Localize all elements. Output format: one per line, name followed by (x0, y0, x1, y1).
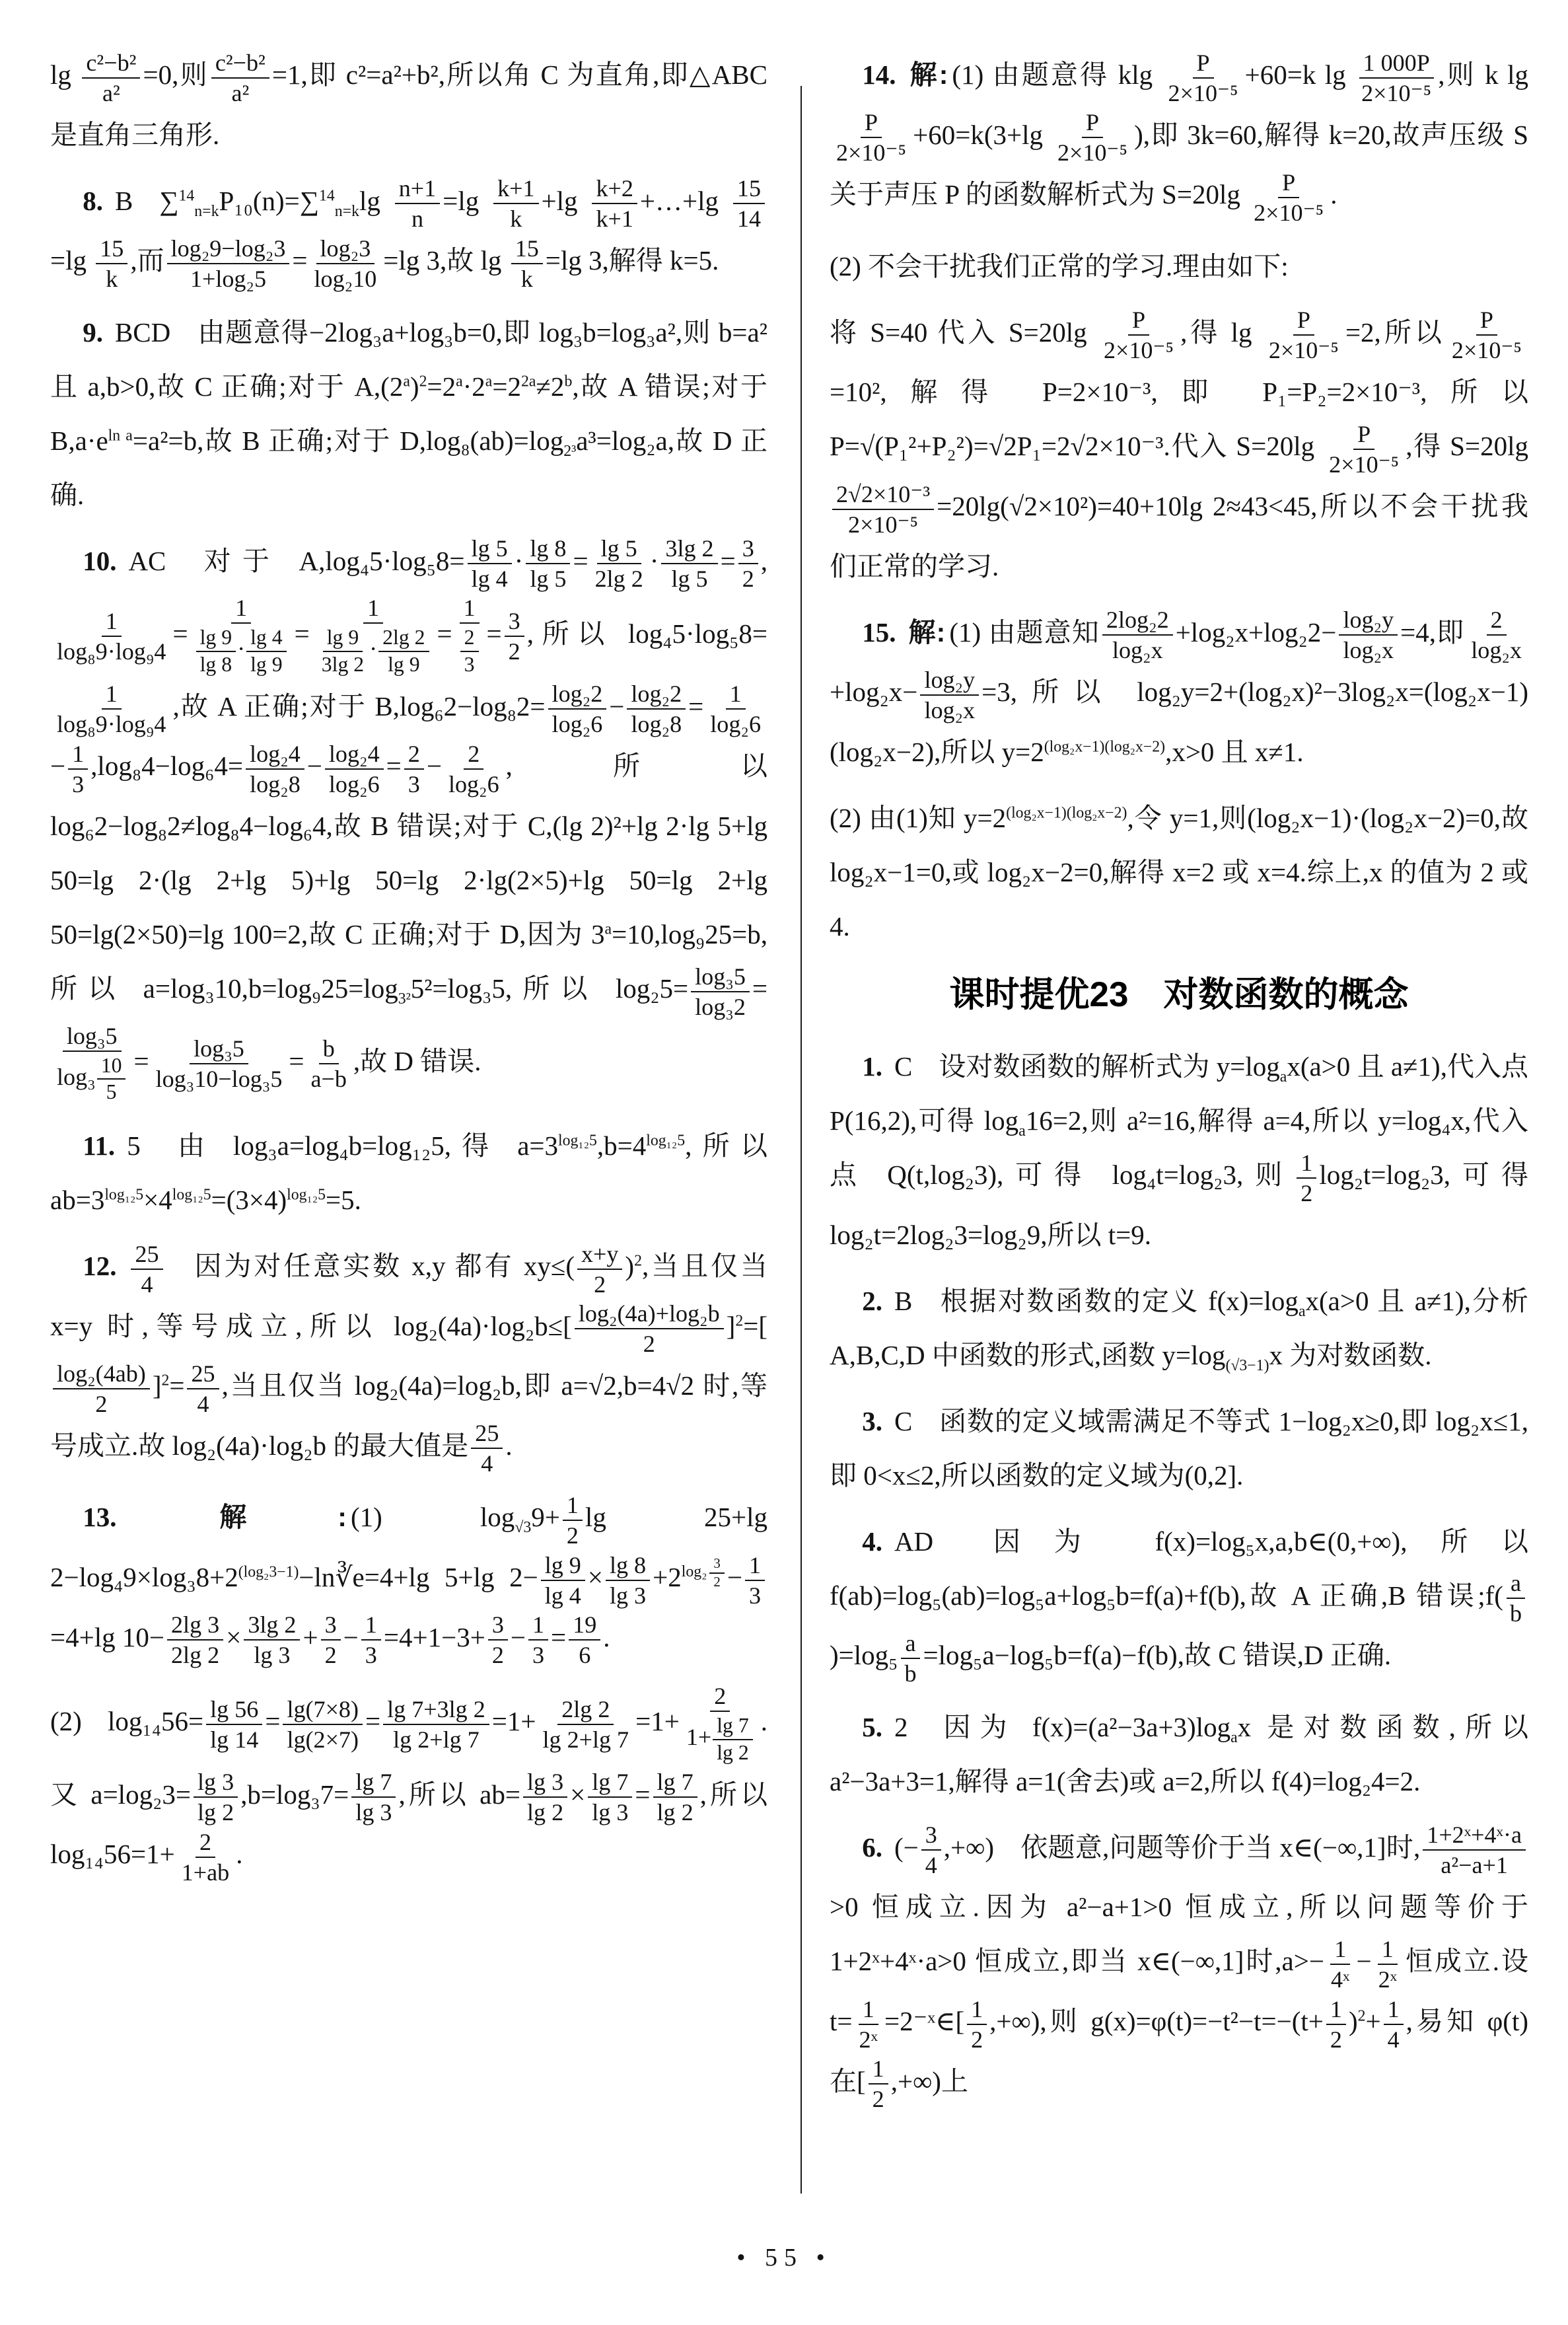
item-answer: 2 (894, 1712, 935, 1742)
solution-item: 13.解:(1) log√39+12lg 25+lg 2−log₄9×log₃8… (50, 1490, 767, 1670)
item-body: 因为 f(x)=(a²−3a+3)logax 是对数函数,所以 a²−3a+3=… (830, 1712, 1528, 1796)
item-answer: BCD (115, 317, 197, 348)
solution-item: 15.解:(1) 由题意知2log₂2log₂x+log₂x+log₂2−log… (830, 605, 1528, 779)
item-number: 14. (862, 59, 908, 90)
item-number: 6. (862, 1832, 894, 1863)
item-answer: B (115, 186, 159, 216)
solution-item: 12.254因为对任意实数 x,y 都有 xy≤(x+y2)2,当且仅当 x=y… (50, 1239, 767, 1478)
solution-item: lg c²−b²a²=0,则c²−b²a²=1,即 c²=a²+b²,所以角 C… (50, 48, 767, 162)
column-divider-rule (801, 86, 802, 2194)
item-body: (2) 由(1)知 y=2(log₂x−1)(log₂x−2),令 y=1,则(… (830, 803, 1528, 941)
item-number: 12. (83, 1251, 128, 1281)
solve-label: 解: (908, 59, 952, 90)
page-number: • 55 • (0, 2233, 1568, 2283)
item-body: 将 S=40 代入 S=20lg P2×10⁻⁵,得 lg P2×10⁻⁵=2,… (830, 317, 1528, 581)
solve-label: 解: (908, 617, 949, 647)
solution-item: (2) 不会干扰我们正常的学习.理由如下: (830, 239, 1528, 293)
item-answer: (−34,+∞) (894, 1832, 1020, 1863)
solution-item: 2.B根据对数函数的定义 f(x)=logax(a>0 且 a≠1),分析 A,… (830, 1274, 1528, 1382)
item-number: 5. (862, 1712, 894, 1742)
solution-item: 11.5由 log₃a=log₄b=log₁₂5,得 a=3log₁₂5,b=4… (50, 1119, 767, 1227)
item-answer: C (894, 1051, 939, 1082)
item-number: 8. (83, 186, 115, 216)
item-answer: B (894, 1286, 939, 1316)
solution-item: 6.(−34,+∞)依题意,问题等价于当 x∈(−∞,1]时,1+2ˣ+4ˣ·a… (830, 1820, 1528, 2114)
solution-item: 9.BCD由题意得−2log₃a+log₃b=0,即 log₃b=log₃a²,… (50, 305, 767, 522)
solution-item: 10.AC对于 A,log₄5·log₅8=lg 5lg 4·lg 8lg 5=… (50, 534, 767, 1107)
item-number: 3. (862, 1406, 894, 1436)
item-body: 对于 A,log₄5·log₅8=lg 5lg 4·lg 8lg 5=lg 52… (50, 546, 767, 1076)
solve-label: 解: (128, 1502, 351, 1532)
item-body: (2) 不会干扰我们正常的学习.理由如下: (830, 251, 1289, 281)
item-answer: AC (128, 546, 192, 576)
solution-item: 8.B∑14n=kP₁₀(n)=∑14n=klg n+1n=lg k+1k+lg… (50, 174, 767, 293)
section-heading: 课时提优23 对数函数的概念 (830, 971, 1528, 1019)
item-answer: 254 (128, 1251, 192, 1281)
answer-book-page: lg c²−b²a²=0,则c²−b²a²=1,即 c²=a²+b²,所以角 C… (0, 0, 1568, 2325)
solution-item: (2) log₁₄56=lg 56lg 14=lg(7×8)lg(2×7)=lg… (50, 1681, 767, 1887)
item-number: 9. (83, 317, 115, 348)
solution-item: 将 S=40 代入 S=20lg P2×10⁻⁵,得 lg P2×10⁻⁵=2,… (830, 305, 1528, 593)
item-body: lg c²−b²a²=0,则c²−b²a²=1,即 c²=a²+b²,所以角 C… (50, 59, 767, 150)
item-number: 2. (862, 1286, 894, 1316)
solution-item: 1.C设对数函数的解析式为 y=logax(a>0 且 a≠1),代入点 P(1… (830, 1039, 1528, 1262)
right-column: 14.解:(1) 由题意得 klg P2×10⁻⁵+60=k lg 1 000P… (830, 48, 1528, 2248)
item-answer: AD (894, 1526, 960, 1557)
solution-item: 5.2因为 f(x)=(a²−3a+3)logax 是对数函数,所以 a²−3a… (830, 1700, 1528, 1808)
solution-item: 4.AD因为 f(x)=log₅x,a,b∈(0,+∞),所以 f(ab)=lo… (830, 1514, 1528, 1688)
item-answer: 5 (127, 1130, 167, 1161)
item-number: 13. (83, 1502, 128, 1532)
solution-item: 14.解:(1) 由题意得 klg P2×10⁻⁵+60=k lg 1 000P… (830, 48, 1528, 227)
item-number: 11. (83, 1130, 127, 1161)
solution-item: (2) 由(1)知 y=2(log₂x−1)(log₂x−2),令 y=1,则(… (830, 791, 1528, 953)
solution-item: 3.C函数的定义域需满足不等式 1−log₂x≥0,即 log₂x≤1,即 0<… (830, 1394, 1528, 1502)
item-number: 4. (862, 1526, 894, 1557)
item-number: 10. (83, 546, 128, 576)
item-number: 15. (862, 617, 908, 647)
item-body: (2) log₁₄56=lg 56lg 14=lg(7×8)lg(2×7)=lg… (50, 1706, 767, 1869)
item-answer: C (894, 1406, 939, 1436)
item-number: 1. (862, 1051, 894, 1082)
left-column: lg c²−b²a²=0,则c²−b²a²=1,即 c²=a²+b²,所以角 C… (50, 48, 767, 2248)
